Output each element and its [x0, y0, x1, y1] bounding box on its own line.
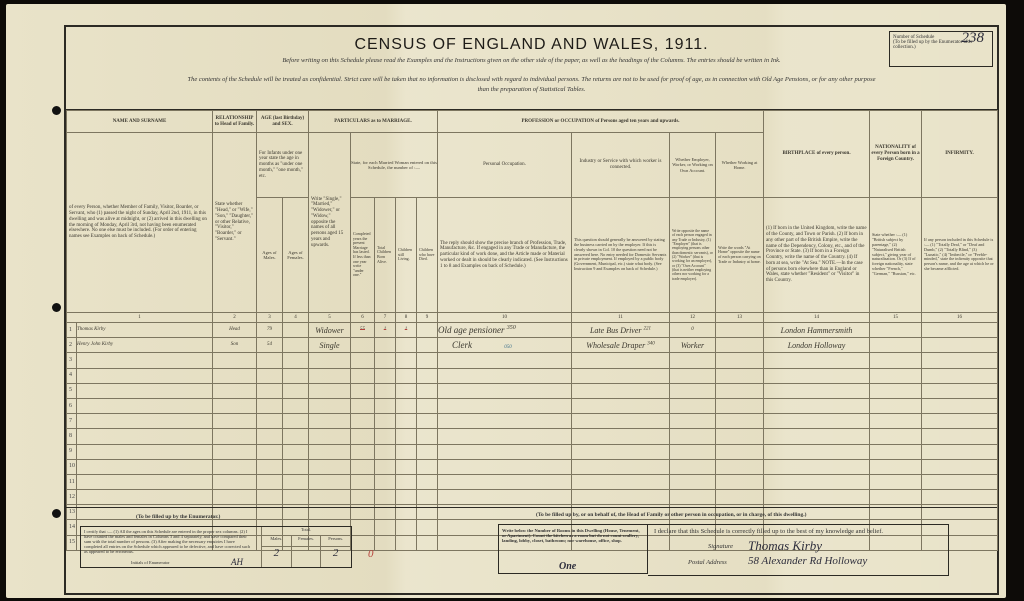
row-number: 2	[67, 338, 77, 353]
column-number: 15	[870, 313, 922, 323]
row-number: 10	[67, 459, 77, 474]
schedule-number-box: Number of Schedule (To be filled up by t…	[889, 31, 993, 67]
persons-total: 2	[321, 547, 350, 567]
row-number: 9	[67, 444, 77, 459]
row-number: 12	[67, 490, 77, 505]
column-number: 16	[922, 313, 998, 323]
infirmity	[922, 323, 998, 338]
table-row: 8	[67, 429, 998, 444]
row-number: 3	[67, 353, 77, 368]
desc-condition: Write "Single," "Married," "Widower," or…	[309, 133, 351, 313]
table-row: 5	[67, 383, 998, 398]
relationship: Son	[213, 338, 257, 353]
years-married: 55	[351, 323, 375, 338]
column-number: 11	[572, 313, 670, 323]
header-nationality: NATIONALITY of every Person born in a Fo…	[870, 111, 922, 198]
row-number: 6	[67, 398, 77, 413]
column-number: 13	[716, 313, 764, 323]
postal-address-label: Postal Address	[688, 559, 727, 566]
relationship: Head	[213, 323, 257, 338]
row-number: 15	[67, 535, 77, 550]
subheader-personal-occupation: Personal Occupation.	[438, 133, 572, 198]
enumerator-heading: (To be filled up by the Enumerator.)	[136, 514, 220, 520]
enumerator-box: I certify that :— (1) All the ages on th…	[80, 526, 352, 568]
occupation-code: 050	[504, 345, 512, 350]
occupation-code: 350	[507, 325, 516, 331]
birthplace: London Holloway	[764, 338, 870, 353]
table-row: 3	[67, 353, 998, 368]
males-label: Males.	[262, 536, 292, 546]
column-number: 5	[309, 313, 351, 323]
postal-address: 58 Alexander Rd Holloway	[748, 555, 867, 567]
subheader-ages-males: Ages of Males.	[257, 198, 283, 313]
desc-nationality: State whether :— (1) "British subject by…	[870, 198, 922, 313]
person-name: Thomas Kirby	[77, 323, 213, 338]
header-name: NAME AND SURNAME	[67, 111, 213, 133]
schedule-number: 238	[962, 30, 985, 47]
nationality	[870, 323, 922, 338]
column-number: 12	[670, 313, 716, 323]
working-at-home	[716, 323, 764, 338]
children-living	[396, 338, 417, 353]
infirmity	[922, 338, 998, 353]
employment-status: Worker	[670, 338, 716, 353]
table-row: 12	[67, 490, 998, 505]
birthplace: London Hammersmith	[764, 323, 870, 338]
row-number: 7	[67, 414, 77, 429]
age-female	[283, 338, 309, 353]
row-number: 1	[67, 323, 77, 338]
person-name: Henry John Kirby	[77, 338, 213, 353]
males-total: 2	[262, 547, 292, 567]
desc-industry: This question should generally be answer…	[572, 198, 670, 313]
desc-infirmity: If any person included in this Schedule …	[922, 198, 998, 313]
punch-hole	[52, 303, 61, 312]
column-number: 10	[438, 313, 572, 323]
industry: Late Bus Driver	[590, 326, 642, 335]
desc-relationship: State whether "Head," or "Wife," "Son," …	[213, 133, 257, 313]
desc-died: Children who have Died.	[417, 198, 438, 313]
column-number: 4	[283, 313, 309, 323]
rooms-instruction: Write below the Number of Rooms in this …	[502, 528, 644, 543]
table-row: 6	[67, 398, 998, 413]
enumerator-initials: AH	[231, 557, 243, 567]
marital-condition: Single	[309, 338, 351, 353]
children-died	[417, 323, 438, 338]
row-number: 11	[67, 474, 77, 489]
household-heading: (To be filled up by, or on behalf of, th…	[536, 512, 806, 518]
column-number: 3	[257, 313, 283, 323]
footer-section: (To be filled up by the Enumerator.) I c…	[66, 507, 997, 508]
signature: Thomas Kirby	[748, 538, 822, 554]
females-label: Females.	[292, 536, 322, 546]
desc-total-born: Total Children Born Alive.	[375, 198, 396, 313]
working-at-home	[716, 338, 764, 353]
industry-code: 221	[644, 326, 652, 331]
instruction-line: Before writing on this Schedule please r…	[66, 57, 997, 64]
row-number: 4	[67, 368, 77, 383]
punch-hole	[52, 106, 61, 115]
column-number: 2	[213, 313, 257, 323]
punch-hole	[52, 509, 61, 518]
employment-status: 0	[670, 323, 716, 338]
table-row: 11	[67, 474, 998, 489]
column-number-row: 1 2 3 4 5 6 7 8 9 10 11 12 13 14 15 16	[67, 313, 998, 323]
years-married	[351, 338, 375, 353]
schedule-frame: CENSUS OF ENGLAND AND WALES, 1911. Befor…	[64, 25, 999, 595]
column-number: 1	[67, 313, 213, 323]
column-number: 14	[764, 313, 870, 323]
desc-name: of every Person, whether Member of Famil…	[67, 133, 213, 313]
table-row: 10	[67, 459, 998, 474]
desc-birthplace: (1) If born in the United Kingdom, write…	[764, 198, 870, 313]
header-infirmity: INFIRMITY.	[922, 111, 998, 198]
subheader-at-home: Whether Working at Home.	[716, 133, 764, 198]
column-number: 8	[396, 313, 417, 323]
table-row: 7	[67, 414, 998, 429]
signature-label: Signature	[708, 543, 733, 550]
table-row: 9	[67, 444, 998, 459]
subheader-employer: Whether Employer, Worker, or Working on …	[670, 133, 716, 198]
rooms-box: Write below the Number of Rooms in this …	[498, 524, 648, 574]
nationality	[870, 338, 922, 353]
children-died	[417, 338, 438, 353]
census-table: NAME AND SURNAME RELATIONSHIP to Head of…	[66, 109, 997, 551]
red-mark: 0	[368, 548, 374, 560]
column-number: 9	[417, 313, 438, 323]
column-number: 7	[375, 313, 396, 323]
desc-age: For Infants under one year state the age…	[257, 133, 309, 198]
declaration-box: I declare that this Schedule is correctl…	[648, 524, 949, 576]
document-title: CENSUS OF ENGLAND AND WALES, 1911.	[66, 36, 997, 54]
table-row: 4	[67, 368, 998, 383]
header-relationship: RELATIONSHIP to Head of Family.	[213, 111, 257, 133]
table-row: 1 Thomas Kirby Head 79 Widower 55 1 1 Ol…	[67, 323, 998, 338]
desc-years-married: Completed years the present Marriage has…	[351, 198, 375, 313]
total-label: Total.	[262, 527, 350, 536]
header-marriage: PARTICULARS as to MARRIAGE.	[309, 111, 438, 133]
desc-living: Children still Living.	[396, 198, 417, 313]
occupation: Old age pensioner	[438, 325, 505, 335]
persons-label: Persons.	[321, 536, 350, 546]
children-born: 1	[375, 323, 396, 338]
row-number: 14	[67, 520, 77, 535]
desc-personal-occupation: The reply should show the precise branch…	[438, 198, 572, 313]
subheader-industry: Industry or Service with which worker is…	[572, 133, 670, 198]
industry-code: 340	[647, 341, 655, 346]
desc-at-home: Write the words "At Home" opposite the n…	[716, 198, 764, 313]
subheader-ages-females: Ages of Females.	[283, 198, 309, 313]
children-living: 1	[396, 323, 417, 338]
header-birthplace: BIRTHPLACE of every person.	[764, 111, 870, 198]
header-age: AGE (last Birthday) and SEX.	[257, 111, 309, 133]
children-born	[375, 338, 396, 353]
industry: Wholesale Draper	[586, 341, 645, 350]
confidential-line-2: than the preparation of Statistical Tabl…	[66, 86, 997, 93]
age-female	[283, 323, 309, 338]
enumerator-initials-label: Initials of Enumerator	[131, 560, 170, 565]
females-total	[292, 547, 322, 567]
marital-condition: Widower	[309, 323, 351, 338]
confidential-line: The contents of the Schedule will be tre…	[66, 76, 997, 83]
age-male: 79	[257, 323, 283, 338]
age-male: 54	[257, 338, 283, 353]
desc-employer: Write opposite the name of each person e…	[670, 198, 716, 313]
census-schedule-page: CENSUS OF ENGLAND AND WALES, 1911. Befor…	[6, 4, 1006, 598]
row-number: 5	[67, 383, 77, 398]
table-row: 2 Henry John Kirby Son 54 Single Clerk 0…	[67, 338, 998, 353]
column-number: 6	[351, 313, 375, 323]
declaration-text: I declare that this Schedule is correctl…	[654, 528, 883, 535]
number-of-rooms: One	[559, 561, 576, 572]
occupation: Clerk	[438, 340, 472, 350]
subheader-married-woman: State, for each Married Woman entered on…	[351, 133, 438, 198]
row-number: 8	[67, 429, 77, 444]
enumerator-certify: I certify that :— (1) All the ages on th…	[84, 529, 254, 554]
header-occupation: PROFESSION or OCCUPATION of Persons aged…	[438, 111, 764, 133]
